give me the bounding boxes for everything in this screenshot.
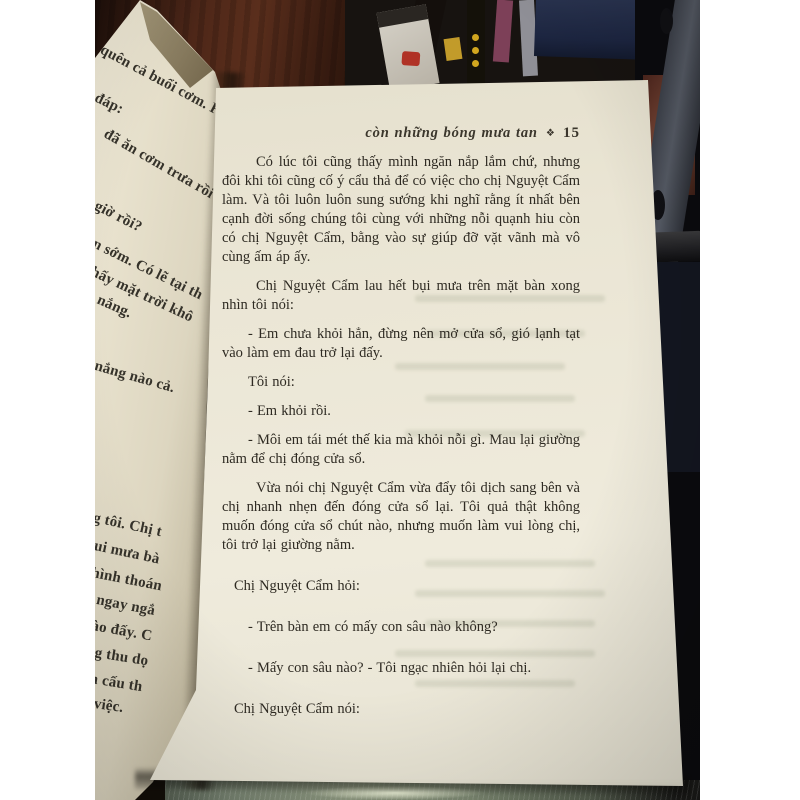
paragraph: - Mấy con sâu nào? - Tôi ngạc nhiên hỏi … (222, 659, 580, 678)
paragraph: Chị Nguyệt Cẩm nói: (222, 700, 580, 719)
paragraph: Có lúc tôi cũng thấy mình ngăn nắp lắm c… (222, 153, 580, 267)
left-page-text-fragment: hình thoán (95, 565, 163, 595)
yellow-dot (472, 47, 479, 54)
yellow-cover-patch (444, 37, 463, 61)
page-text-block: còn những bóng mưa tan ❖ 15 Có lúc tôi c… (222, 124, 580, 719)
black-spine-strip (467, 0, 485, 92)
left-page-text-fragment: ui mưa bà (95, 538, 161, 568)
frame-hole (660, 8, 673, 34)
yellow-dot (472, 60, 479, 67)
left-page-text-fragment: đáp: (95, 90, 126, 118)
paragraph: Vừa nói chị Nguyệt Cẩm vừa đẩy tôi dịch … (222, 479, 580, 555)
navy-book (534, 0, 651, 60)
left-page-text-fragment: g thu dọ (95, 645, 149, 670)
diamond-icon: ❖ (542, 128, 559, 139)
paragraph: Chị Nguyệt Cẩm lau hết bụi mưa trên mặt … (222, 277, 580, 315)
paragraph: - Trên bàn em có mấy con sâu nào không? (222, 618, 580, 637)
yellow-dot (472, 34, 479, 41)
left-page-text-fragment: g tôi. Chị t (95, 510, 163, 541)
paragraph: Chị Nguyệt Cẩm hỏi: (222, 577, 580, 596)
screenshot: quên cả buổi cơm. Kh đáp: đã ăn cơm trưa… (0, 0, 800, 800)
paragraph: - Em khỏi rồi. (222, 402, 580, 421)
running-title: còn những bóng mưa tan (365, 125, 537, 141)
red-cover-mark (401, 51, 420, 66)
page-number: 15 (563, 125, 580, 141)
paragraph: - Em chưa khỏi hẳn, đừng nên mở cửa sổ, … (222, 325, 580, 363)
left-page-text-fragment: ngay ngắ (95, 592, 156, 620)
left-page-text-fragment: nắng nào cả. (95, 358, 177, 397)
left-page-text-fragment: đã ăn cơm trưa rồi (101, 126, 217, 203)
paragraph: - Môi em tái mét thế kia mà khỏi nỗi gì.… (222, 431, 580, 469)
paragraph: Tôi nói: (222, 373, 580, 392)
left-page-text-fragment: ào đấy. C (95, 618, 153, 645)
left-page-text-fragment: giờ rồi? (95, 198, 145, 236)
left-page-text-fragment: việc. (95, 696, 124, 717)
left-page-text-fragment: h cấu th (95, 671, 144, 696)
page-header: còn những bóng mưa tan ❖ 15 (222, 124, 580, 143)
book-photo: quên cả buổi cơm. Kh đáp: đã ăn cơm trưa… (95, 0, 700, 800)
